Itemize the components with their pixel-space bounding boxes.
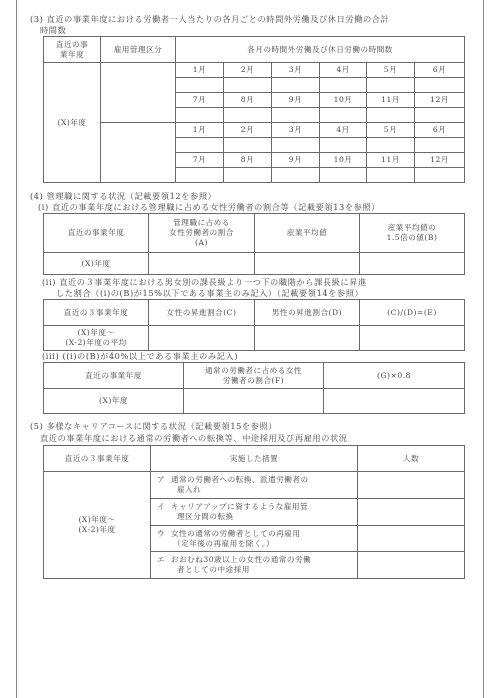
ratio-f-input[interactable] <box>184 389 324 414</box>
hours-input[interactable] <box>367 168 415 183</box>
measure-u: ウ女性の通常の労働者としての再雇用（定年後の再雇用を除く。） <box>151 526 358 552</box>
section5-subtitle: 直近の事業年度における通常の労働者への転換等、中途採用及び再雇用の状況 <box>40 433 348 444</box>
headcount-input-u[interactable] <box>358 526 465 552</box>
header-monthly-hours: 各月の時間外労働及び休日労働の時間数 <box>176 37 465 63</box>
section4-part1-title: (i) 直近の事業年度における管理職に占める女性労働者の割合等（記載要領13を参… <box>38 202 380 213</box>
ratio-b-input[interactable] <box>360 253 465 275</box>
hours-input[interactable] <box>367 108 415 123</box>
section4-part2-title: (ii) 直近の３事業年度における男女別の課長級より一つ下の職階から課長級に昇進 <box>42 277 367 288</box>
ratio-a-input[interactable] <box>149 253 255 275</box>
hours-input[interactable] <box>272 108 320 123</box>
month-label: 12月 <box>415 93 465 108</box>
header-female-manager-ratio: 管理職に占める女性労働者の割合(A) <box>149 214 255 253</box>
month-label: 9月 <box>272 93 320 108</box>
fiscal-year-cell: (X)年度 <box>44 253 149 275</box>
hours-input[interactable] <box>224 168 272 183</box>
fiscal-year-cell: (X)年度 <box>44 389 184 414</box>
g-times-0-8-input[interactable] <box>324 389 465 414</box>
month-label: 5月 <box>367 63 415 78</box>
header-three-fiscal-years: 直近の３事業年度 <box>44 300 149 326</box>
fiscal-years-cell: (X)年度～(X-2)年度 <box>44 472 151 579</box>
month-label: 1月 <box>176 63 224 78</box>
month-label: 3月 <box>272 63 320 78</box>
promotion-ratio-table: 直近の３事業年度 女性の昇進割合(C) 男性の昇進割合(D) (C)/(D)=(… <box>43 299 465 351</box>
month-label: 7月 <box>176 93 224 108</box>
measure-e: エおおむね30歳以上の女性の通常の労働者としての中途採用 <box>151 552 358 579</box>
header-employment-category: 雇用管理区分 <box>101 37 176 63</box>
fiscal-year-cell: (X)年度 <box>44 63 101 183</box>
ratio-c-input[interactable] <box>149 326 255 351</box>
month-label: 6月 <box>415 63 465 78</box>
page-border-left <box>16 0 17 698</box>
employment-category-cell-1[interactable] <box>101 63 176 123</box>
month-label: 10月 <box>320 93 367 108</box>
hours-input[interactable] <box>272 168 320 183</box>
section4-part2-title-cont: した割合（(i)の(B)が15%以下である事業主のみ記入）（記載要領14を参照） <box>56 288 363 299</box>
headcount-input-a[interactable] <box>358 472 465 499</box>
header-fiscal-year: 直近の事業年度 <box>44 37 101 63</box>
header-g-times-0-8: (G)×0.8 <box>324 363 465 389</box>
hours-input[interactable] <box>272 138 320 153</box>
header-fiscal-year: 直近の事業年度 <box>44 363 184 389</box>
hours-input[interactable] <box>415 78 465 93</box>
month-label: 9月 <box>272 153 320 168</box>
section5-title: (5) 多様なキャリアコースに関する状況（記載要領15を参照） <box>30 421 277 432</box>
hours-input[interactable] <box>367 138 415 153</box>
header-fiscal-year: 直近の事業年度 <box>44 214 149 253</box>
header-female-promotion-ratio: 女性の昇進割合(C) <box>149 300 255 326</box>
header-three-fiscal-years: 直近の３事業年度 <box>44 446 151 472</box>
hours-input[interactable] <box>415 138 465 153</box>
section4-part3-title: (iii) ((i)の(B)が40%以上である事業主のみ記入) <box>42 351 238 362</box>
month-label: 11月 <box>367 153 415 168</box>
header-industry-average: 産業平均値 <box>255 214 360 253</box>
header-ratio-e: (C)/(D)=(E) <box>360 300 465 326</box>
ratio-e-input[interactable] <box>360 326 465 351</box>
month-label: 4月 <box>320 123 367 138</box>
section3-title-cont: 時間数 <box>40 25 66 36</box>
month-label: 4月 <box>320 63 367 78</box>
month-label: 8月 <box>224 153 272 168</box>
month-label: 11月 <box>367 93 415 108</box>
ratio-d-input[interactable] <box>255 326 360 351</box>
month-label: 7月 <box>176 153 224 168</box>
header-female-worker-ratio: 通常の労働者に占める女性労働者の割合(F) <box>184 363 324 389</box>
female-manager-ratio-table: 直近の事業年度 管理職に占める女性労働者の割合(A) 産業平均値 産業平均値の1… <box>43 213 465 275</box>
employment-category-cell-2[interactable] <box>101 123 176 183</box>
hours-input[interactable] <box>224 138 272 153</box>
hours-input[interactable] <box>272 78 320 93</box>
industry-average-input[interactable] <box>255 253 360 275</box>
section4-title: (4) 管理職に関する状況（記載要領12を参照） <box>30 191 216 202</box>
month-label: 1月 <box>176 123 224 138</box>
header-male-promotion-ratio: 男性の昇進割合(D) <box>255 300 360 326</box>
hours-input[interactable] <box>176 78 224 93</box>
measure-i: イキャリアアップに資するような雇用管理区分間の転換 <box>151 499 358 526</box>
measure-a: ア通常の労働者への転換、派遣労働者の雇入れ <box>151 472 358 499</box>
career-course-table: 直近の３事業年度 実施した措置 人数 (X)年度～(X-2)年度 ア通常の労働者… <box>43 445 465 579</box>
hours-input[interactable] <box>176 108 224 123</box>
overtime-hours-table: 直近の事業年度 雇用管理区分 各月の時間外労働及び休日労働の時間数 (X)年度 … <box>43 36 465 183</box>
month-label: 12月 <box>415 153 465 168</box>
hours-input[interactable] <box>176 138 224 153</box>
hours-input[interactable] <box>224 108 272 123</box>
month-label: 3月 <box>272 123 320 138</box>
headcount-input-i[interactable] <box>358 499 465 526</box>
month-label: 2月 <box>224 63 272 78</box>
hours-input[interactable] <box>224 78 272 93</box>
section3-title: (3) 直近の事業年度における労働者一人当たりの各月ごとの時間外労働及び休日労働… <box>30 14 389 25</box>
header-measures: 実施した措置 <box>151 446 358 472</box>
hours-input[interactable] <box>415 168 465 183</box>
hours-input[interactable] <box>415 108 465 123</box>
header-headcount: 人数 <box>358 446 465 472</box>
month-label: 8月 <box>224 93 272 108</box>
headcount-input-e[interactable] <box>358 552 465 579</box>
month-label: 5月 <box>367 123 415 138</box>
month-label: 6月 <box>415 123 465 138</box>
hours-input[interactable] <box>320 168 367 183</box>
month-label: 10月 <box>320 153 367 168</box>
fiscal-years-average-cell: (X)年度～(X-2)年度の平均 <box>44 326 149 351</box>
page-border-right <box>483 0 484 698</box>
header-industry-average-1-5x: 産業平均値の1.5倍の値(B) <box>360 214 465 253</box>
hours-input[interactable] <box>367 78 415 93</box>
hours-input[interactable] <box>176 168 224 183</box>
hours-input[interactable] <box>320 108 367 123</box>
female-worker-ratio-table: 直近の事業年度 通常の労働者に占める女性労働者の割合(F) (G)×0.8 (X… <box>43 362 465 414</box>
hours-input[interactable] <box>320 138 367 153</box>
hours-input[interactable] <box>320 78 367 93</box>
month-label: 2月 <box>224 123 272 138</box>
